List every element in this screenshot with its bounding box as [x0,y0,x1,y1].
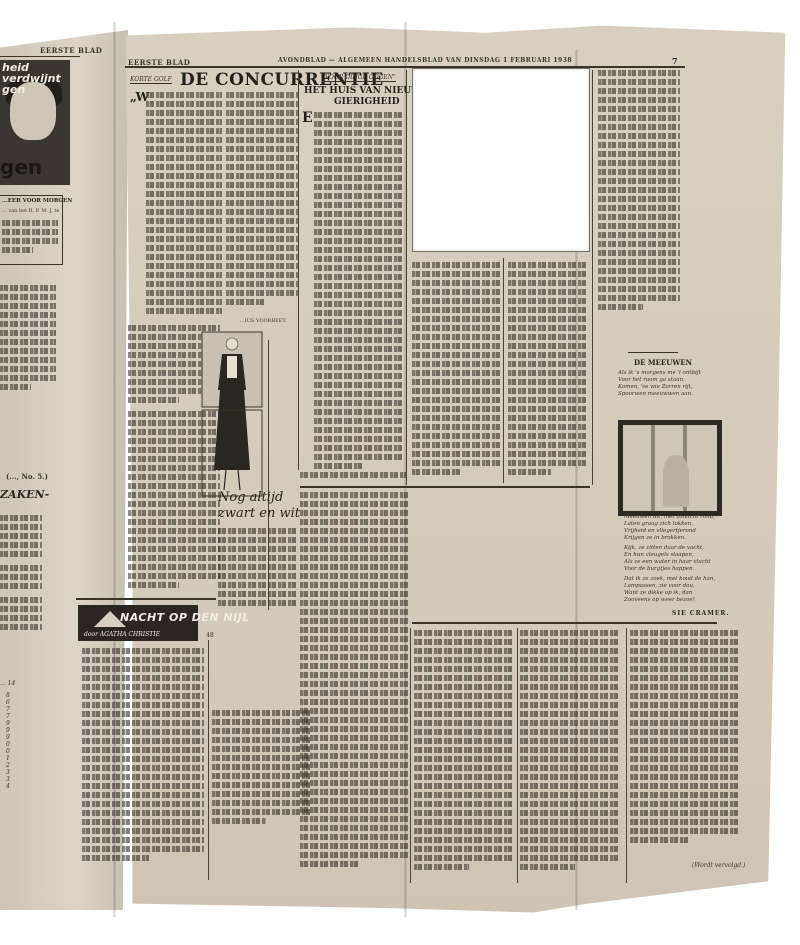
fashion-illustration [200,330,264,500]
notice-box-subtitle: ... van het R. P. M. J. te [2,208,59,214]
poem-line: Spoorwen meeuwwen aan. [618,391,693,397]
poem-top-rule [628,352,678,353]
huis-column-text [314,112,402,472]
poem-line: En hun vleugels slaapen, [624,552,694,558]
page-number: 7 [672,56,678,66]
concurrentie-column-1 [146,92,222,322]
left-page-ref: ... 14 [0,680,15,687]
column-divider-2 [406,70,407,485]
ad-headline: heid verdwijntgen [2,62,70,95]
poem-line: Voor het raam ga staan, [618,377,685,383]
feuilleton-column-3 [300,492,408,882]
poem-line: Vrijheid en vliegertjerond [624,528,696,534]
huis-kicker: „VOOR DINGE OOGEN" [322,74,396,82]
left-running-head: EERSTE BLAD [40,46,102,55]
notice-box-text [2,220,58,260]
feuilleton-divider-2 [410,628,411,883]
poem-title: DE MEEUWEN [634,358,692,367]
right-column-text [598,70,680,315]
huis-column-text-end [300,472,406,484]
poem-line: Kijk, ze zitten daar de vacht, [624,545,704,551]
left-column-text-1 [0,285,56,400]
left-section-ref: (..., No. 5.) [6,472,48,481]
poem-line: Want ze dikke op ik, dan [624,590,692,596]
feuilleton-divider-1 [208,640,209,880]
masthead-rule [125,66,685,68]
notice-box: ...EER VOOR MORGEN ... van het R. P. M. … [0,195,63,265]
feuilleton-column-2 [212,710,310,830]
girl-at-window-illustration [618,420,722,516]
huis-continued-column-2 [508,262,586,477]
feuilleton-column-5 [520,630,620,880]
feuilleton-divider-3 [517,628,518,883]
poem-line: Als ze een water in haar vlucht [624,559,711,565]
notice-box-title: ...EER VOOR MORGEN [2,198,72,204]
blank [210,494,300,504]
nog-altijd-text [218,528,298,610]
huis-headline-line2: GIERIGHEID [334,97,400,107]
left-column-text-2 [0,515,42,640]
poem-line: Zooveens op weer bezoe! [624,597,695,603]
feuilleton-column-6 [630,630,738,855]
poem-line: Dat ik ze zoek, met koud de han, [624,576,715,582]
column-divider-4 [592,70,593,485]
poem-line: Voor de burgtjes happen. [624,566,694,572]
poem-author: SIE CRAMER. [672,610,730,617]
poem-line: Als ik 's morgens me 'l ontbijt [618,370,701,376]
poem-line: Meeuwen uit, met zonlicht rond, [624,514,715,520]
feuilleton-top-rule-right [412,622,717,624]
huis-dropcap: E [302,110,313,126]
feuilleton-column-4 [414,630,514,880]
poem-line: Krijgen ze in brokken. [624,535,686,541]
concurrentie-column-2 [226,92,298,317]
ad-large-word: gen [0,155,42,179]
column-divider-1 [298,70,299,470]
feuilleton-divider-4 [626,628,627,883]
left-section-heading: ZAKEN- [0,488,49,501]
main-running-head-center: AVONDBLAD — ALGEMEEN HANDELSBLAD VAN DIN… [278,57,572,64]
column-divider-3 [503,258,504,483]
feuilleton-top-rule [300,486,590,488]
concurrentie-signature: ...IUS VOORBEET. [240,318,287,324]
concurrentie-kicker: KORTE GOLF [130,76,172,84]
installment-number: 48 [206,632,214,639]
banner-top-rule [76,598,216,600]
left-head-rule [0,56,80,57]
feuilleton-author: door AGATHA CHRISTIE [84,631,160,638]
huis-continued-column-1 [412,262,500,477]
poem-line: Laten graag zich lokken, [624,521,693,527]
cut-out-hole [412,68,590,252]
girl-figure [663,455,689,507]
nacht-op-den-nijl-banner: NACHT OP DEN NIJL door AGATHA CHRISTIE [78,605,198,641]
left-number-list: 86779990012334 [6,692,10,790]
poem-line: Komen, 'se wie Zorren rijt, [618,384,693,390]
feuilleton-column-1 [82,648,204,870]
feuilleton-title: NACHT OP DEN NIJL [120,611,250,624]
poem-line: Lampassen, zie voor dou, [624,583,695,589]
wordt-vervolgd: (Wordt vervolgd.) [692,862,745,869]
